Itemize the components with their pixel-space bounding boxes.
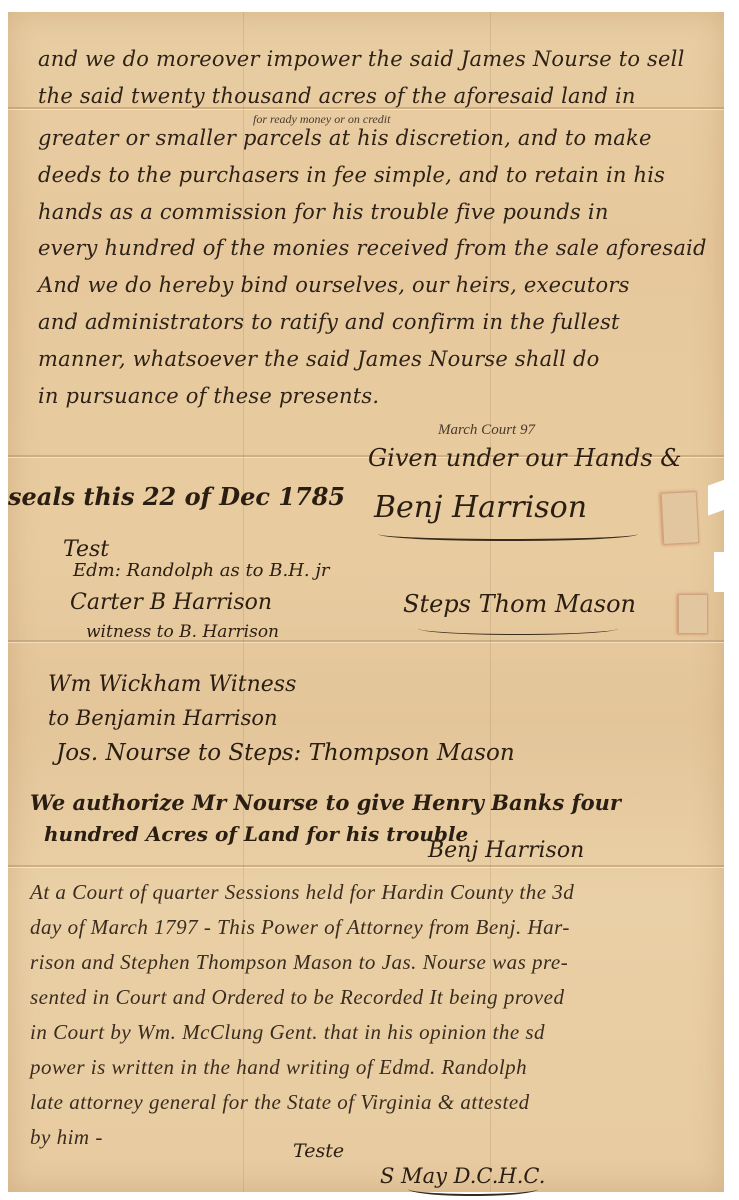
- body-line: And we do hereby bind ourselves, our hei…: [38, 273, 630, 297]
- signature-mason: Steps Thom Mason: [403, 590, 636, 618]
- body-line: every hundred of the monies received fro…: [38, 236, 707, 260]
- given-under-hands: Given under our Hands &: [368, 444, 682, 472]
- court-record-line: in Court by Wm. McClung Gent. that in hi…: [30, 1020, 545, 1045]
- body-line: and administrators to ratify and confirm…: [38, 310, 620, 334]
- postscript-line: We authorize Mr Nourse to give Henry Ban…: [30, 790, 621, 815]
- court-record-line: At a Court of quarter Sessions held for …: [30, 880, 574, 905]
- court-record-line: day of March 1797 - This Power of Attorn…: [30, 915, 570, 940]
- margin-note: March Court 97: [438, 422, 535, 439]
- body-line: hands as a commission for his trouble fi…: [38, 200, 609, 224]
- witness-wickham-note: to Benjamin Harrison: [48, 706, 278, 730]
- witness-randolph: Edm: Randolph as to B.H. jr: [73, 560, 330, 581]
- teste-label: Teste: [293, 1140, 344, 1162]
- test-label: Test: [63, 537, 109, 562]
- body-line: the said twenty thousand acres of the af…: [38, 84, 636, 108]
- signature-flourish: [418, 622, 618, 635]
- body-line: manner, whatsoever the said James Nourse…: [38, 347, 600, 371]
- signature-harrison-second: Benj Harrison: [428, 838, 584, 863]
- interlinear-note: for ready money or on credit: [253, 112, 390, 127]
- witness-carter-harrison: Carter B Harrison: [70, 590, 272, 615]
- document-page: and we do moreover impower the said Jame…: [8, 12, 724, 1192]
- witness-note: witness to B. Harrison: [86, 622, 279, 642]
- torn-edge: [714, 552, 728, 592]
- court-record-line: sented in Court and Ordered to be Record…: [30, 985, 564, 1010]
- body-line: greater or smaller parcels at his discre…: [38, 126, 652, 150]
- postscript-line: hundred Acres of Land for his trouble: [44, 822, 468, 846]
- wax-seal-wafer: [661, 491, 700, 545]
- body-line: deeds to the purchasers in fee simple, a…: [38, 163, 665, 187]
- body-line: in pursuance of these presents.: [38, 384, 379, 408]
- nourse-line: Jos. Nourse to Steps: Thompson Mason: [56, 740, 515, 766]
- torn-edge: [708, 478, 728, 515]
- court-record-line: power is written in the hand writing of …: [30, 1055, 527, 1080]
- signature-flourish: [408, 1182, 538, 1196]
- court-record-line: rison and Stephen Thompson Mason to Jas.…: [30, 950, 568, 975]
- wax-seal-wafer: [678, 594, 708, 634]
- signature-flourish: [378, 527, 638, 541]
- body-line: and we do moreover impower the said Jame…: [38, 47, 685, 71]
- signature-harrison: Benj Harrison: [374, 490, 587, 525]
- seals-date: seals this 22 of Dec 1785: [8, 482, 345, 511]
- court-record-line: late attorney general for the State of V…: [30, 1090, 530, 1115]
- fold-line: [8, 865, 724, 867]
- witness-wickham: Wm Wickham Witness: [48, 672, 296, 697]
- court-record-line: by him -: [30, 1125, 103, 1150]
